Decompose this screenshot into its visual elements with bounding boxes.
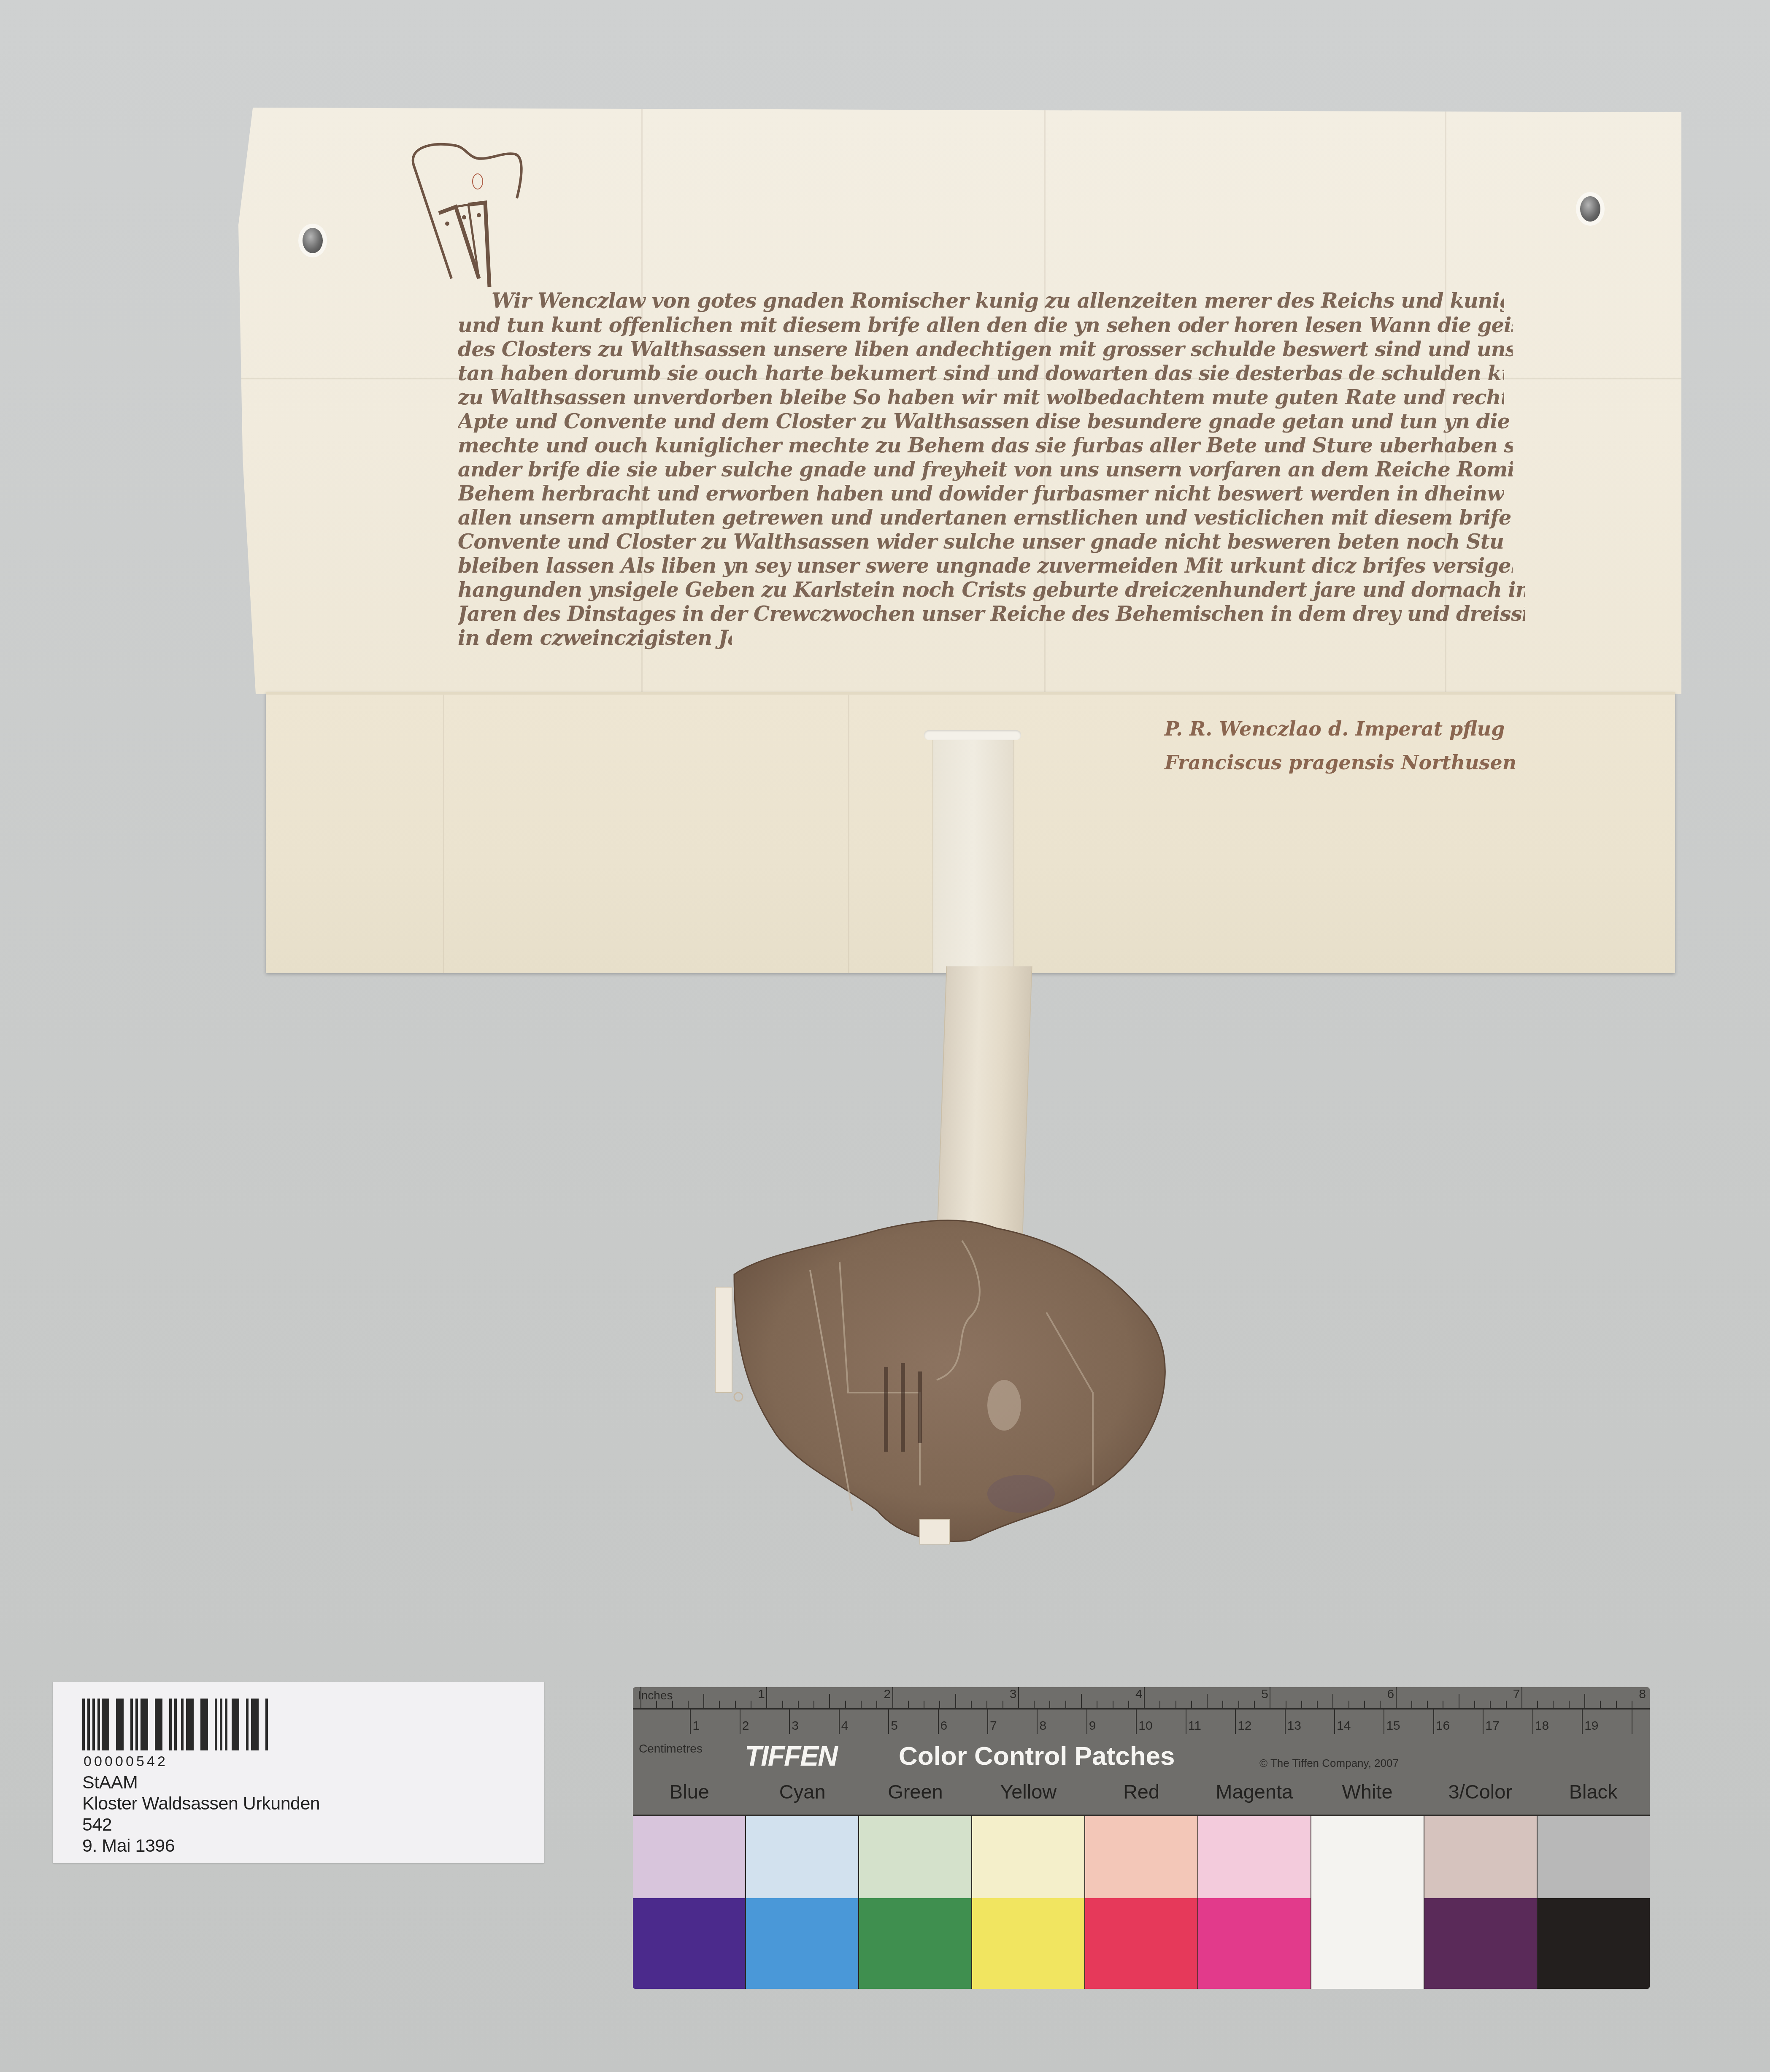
ruler-tick xyxy=(1474,1701,1475,1708)
ruler-tick xyxy=(1334,1710,1335,1734)
inch-tick-label: 6 xyxy=(1387,1687,1394,1701)
barcode-digit: 0 xyxy=(124,1753,135,1770)
ruler-centimetres: 12345678910111213141516171819 xyxy=(633,1710,1650,1735)
ruler-tick xyxy=(1128,1701,1129,1708)
ruler-tick xyxy=(1286,1701,1286,1708)
charter-text-line: Jaren des Dinstages in der Crewczwochen … xyxy=(458,602,1525,626)
color-patch-dark xyxy=(1085,1898,1198,1989)
ruler-tick xyxy=(1411,1701,1412,1708)
patch-name-blue: Blue xyxy=(633,1780,746,1805)
ruler-tick xyxy=(1191,1701,1192,1708)
color-patch-dark xyxy=(972,1898,1085,1989)
ruler-inches: Inches 12345678 xyxy=(633,1687,1650,1710)
wax-seal xyxy=(700,1215,1190,1545)
cm-tick-label: 6 xyxy=(940,1719,948,1733)
fold-line xyxy=(848,695,849,973)
ruler-tick xyxy=(1113,1701,1113,1708)
barcode-digit: 2 xyxy=(156,1753,167,1770)
ruler-tick xyxy=(782,1701,783,1708)
barcode-number: 0 0 0 0 0 5 4 2 xyxy=(82,1753,167,1770)
inch-tick-label: 8 xyxy=(1639,1687,1646,1701)
patch-name-yellow: Yellow xyxy=(972,1780,1085,1805)
ruler-tick xyxy=(1553,1701,1554,1708)
charter-text-line: mechte und ouch kuniglicher mechte zu Be… xyxy=(458,434,1513,457)
color-patch-dark xyxy=(633,1898,746,1989)
color-control-chart: Inches 12345678 123456789101112131415161… xyxy=(633,1687,1650,1989)
ruler-tick xyxy=(719,1701,720,1708)
color-patch-dark xyxy=(859,1898,972,1989)
mounting-pin xyxy=(1580,196,1600,222)
ruler-tick xyxy=(987,1710,988,1734)
ruler-tick xyxy=(1384,1710,1384,1734)
ruler-tick xyxy=(938,1710,939,1734)
ruler-tick xyxy=(1081,1694,1082,1708)
tiffen-logo: TIFFEN xyxy=(745,1740,837,1772)
ruler-tick xyxy=(939,1701,940,1708)
ruler-tick xyxy=(1433,1710,1434,1734)
ruler-tick xyxy=(751,1701,751,1708)
patch-name-white: White xyxy=(1311,1780,1424,1805)
ruler-tick xyxy=(908,1701,909,1708)
charter-text-line: und tun kunt offenlichen mit diesem brif… xyxy=(458,314,1513,337)
decorated-initial-w xyxy=(405,139,549,300)
ruler-tick xyxy=(1521,1687,1522,1708)
centimetres-label: Centimetres xyxy=(639,1742,703,1756)
inch-tick-label: 2 xyxy=(884,1687,891,1701)
ruler-tick xyxy=(1207,1694,1208,1708)
ruler-tick xyxy=(1144,1687,1145,1708)
ruler-tick xyxy=(845,1701,846,1708)
ruler-tick xyxy=(1600,1701,1601,1708)
ruler-tick xyxy=(1003,1701,1003,1708)
barcode-digit: 0 xyxy=(103,1753,114,1770)
ruler-tick xyxy=(1301,1701,1302,1708)
ruler-tick xyxy=(1364,1701,1365,1708)
ruler-tick xyxy=(1332,1694,1333,1708)
ruler-tick xyxy=(1175,1701,1176,1708)
color-patch-light xyxy=(1311,1816,1424,1899)
charter-text-line: zu Walthsassen unverdorben bleibe So hab… xyxy=(458,386,1504,409)
ruler-tick xyxy=(1396,1687,1397,1708)
cm-tick-label: 4 xyxy=(841,1719,849,1733)
ruler-tick xyxy=(1632,1710,1632,1734)
ruler-tick xyxy=(1537,1701,1538,1708)
barcode-digit: 0 xyxy=(82,1753,93,1770)
ruler-tick xyxy=(1186,1710,1186,1734)
ruler-tick xyxy=(672,1701,673,1708)
charter-text-line: tan haben dorumb sie ouch harte bekumert… xyxy=(458,362,1504,385)
cm-tick-label: 10 xyxy=(1138,1719,1152,1733)
color-patch-light xyxy=(1085,1816,1198,1899)
ruler-tick xyxy=(1136,1710,1137,1734)
patch-names: Blue Cyan Green Yellow Red Magenta White… xyxy=(633,1780,1650,1805)
ruler-tick xyxy=(839,1710,840,1734)
cm-tick-label: 7 xyxy=(990,1719,997,1733)
cm-tick-label: 16 xyxy=(1436,1719,1450,1733)
seal-strap xyxy=(932,736,1014,973)
archive-name: StAAM xyxy=(82,1772,138,1793)
ruler-tick xyxy=(829,1694,830,1708)
patch-name-black: Black xyxy=(1537,1780,1650,1805)
cm-tick-label: 2 xyxy=(742,1719,749,1733)
mounting-pin xyxy=(303,228,323,253)
collection-name: Kloster Waldsassen Urkunden xyxy=(82,1793,320,1814)
ruler-tick xyxy=(924,1701,924,1708)
inch-tick-label: 5 xyxy=(1261,1687,1268,1701)
barcode-digit: 0 xyxy=(93,1753,103,1770)
charter-text-line: Apte und Convente und dem Closter zu Wal… xyxy=(458,410,1513,433)
ruler-tick xyxy=(1616,1701,1617,1708)
cm-tick-label: 19 xyxy=(1584,1719,1598,1733)
cm-tick-label: 13 xyxy=(1287,1719,1301,1733)
cm-tick-label: 3 xyxy=(792,1719,799,1733)
chancery-note: Franciscus pragensis Northusen xyxy=(1165,751,1516,774)
document-number: 542 xyxy=(82,1815,112,1835)
ruler-tick xyxy=(888,1710,889,1734)
ruler-tick xyxy=(1483,1710,1484,1734)
color-patch-light xyxy=(1198,1816,1311,1899)
ruler-tick xyxy=(1285,1710,1286,1734)
patch-name-cyan: Cyan xyxy=(746,1780,859,1805)
ruler-tick xyxy=(1086,1710,1087,1734)
ruler-tick xyxy=(1097,1701,1097,1708)
ruler-tick xyxy=(656,1701,657,1708)
ruler-tick xyxy=(789,1710,790,1734)
ruler-tick xyxy=(1427,1701,1428,1708)
chancery-note: P. R. Wenczlao d. Imperat pflug xyxy=(1165,717,1505,740)
ruler-tick xyxy=(1443,1701,1443,1708)
ruler-tick xyxy=(735,1701,736,1708)
ruler-tick xyxy=(1034,1701,1035,1708)
inch-tick-label: 1 xyxy=(758,1687,765,1701)
ruler-tick xyxy=(1238,1701,1239,1708)
ruler-tick xyxy=(798,1701,799,1708)
color-patch-light xyxy=(1424,1816,1538,1899)
patch-name-magenta: Magenta xyxy=(1198,1780,1311,1805)
chart-copyright: © The Tiffen Company, 2007 xyxy=(1259,1757,1399,1770)
ruler-tick xyxy=(1159,1701,1160,1708)
ruler-tick xyxy=(1317,1701,1318,1708)
fold-line xyxy=(443,695,444,973)
ruler-tick xyxy=(1235,1710,1236,1734)
ruler-tick xyxy=(1348,1701,1349,1708)
patches-dark-row xyxy=(633,1898,1650,1989)
ruler-tick xyxy=(813,1701,814,1708)
ruler-tick xyxy=(1018,1687,1019,1708)
ruler-tick xyxy=(971,1701,972,1708)
patches-light-row xyxy=(633,1815,1650,1899)
barcode xyxy=(82,1699,268,1750)
ruler-tick xyxy=(1380,1701,1381,1708)
cm-tick-label: 12 xyxy=(1238,1719,1251,1733)
color-patch-dark xyxy=(746,1898,859,1989)
ruler-tick xyxy=(1254,1701,1255,1708)
barcode-digit: 0 xyxy=(114,1753,124,1770)
color-patch-light xyxy=(1538,1816,1650,1899)
ruler-tick xyxy=(766,1687,767,1708)
ruler-tick xyxy=(1065,1701,1066,1708)
inch-tick-label: 7 xyxy=(1513,1687,1520,1701)
patch-name-red: Red xyxy=(1085,1780,1198,1805)
color-patch-light xyxy=(633,1816,746,1899)
ruler-tick xyxy=(703,1694,704,1708)
cm-tick-label: 18 xyxy=(1535,1719,1549,1733)
color-patch-dark xyxy=(1311,1898,1424,1989)
ruler-tick xyxy=(1632,1701,1632,1708)
ruler-tick xyxy=(1459,1694,1459,1708)
ruler-tick xyxy=(1569,1701,1570,1708)
charter-text-line: des Closters zu Walthsassen unsere liben… xyxy=(458,338,1513,361)
inch-tick-label: 4 xyxy=(1135,1687,1143,1701)
ruler-tick xyxy=(1222,1701,1223,1708)
document-date: 9. Mai 1396 xyxy=(82,1836,175,1856)
ruler-tick xyxy=(1506,1701,1507,1708)
charter-text-line: Behem herbracht und erworben haben und d… xyxy=(458,482,1504,506)
strap-end xyxy=(920,1519,949,1545)
patch-name-3color: 3/Color xyxy=(1424,1780,1537,1805)
color-patch-dark xyxy=(1538,1898,1650,1989)
cm-tick-label: 11 xyxy=(1188,1719,1201,1733)
ruler-tick xyxy=(1270,1687,1270,1708)
cm-tick-label: 5 xyxy=(891,1719,898,1733)
ruler-tick xyxy=(690,1710,691,1734)
ruler-tick xyxy=(1584,1694,1585,1708)
ruler-tick xyxy=(986,1701,987,1708)
ruler-tick xyxy=(1532,1710,1533,1734)
strap-end xyxy=(715,1287,732,1393)
ruler-tick xyxy=(861,1701,862,1708)
inch-tick-label: 3 xyxy=(1010,1687,1017,1701)
ruler-tick xyxy=(1582,1710,1583,1734)
color-patch-light xyxy=(972,1816,1085,1899)
color-patch-dark xyxy=(1424,1898,1538,1989)
patch-name-green: Green xyxy=(859,1780,972,1805)
chart-title: Color Control Patches xyxy=(899,1741,1175,1771)
color-patch-light xyxy=(859,1816,972,1899)
strap-slot xyxy=(924,730,1021,740)
ruler-tick xyxy=(688,1701,689,1708)
ruler-tick xyxy=(640,1687,641,1708)
barcode-digit: 5 xyxy=(135,1753,146,1770)
color-patch-dark xyxy=(1198,1898,1311,1989)
inches-label: Inches xyxy=(638,1689,673,1702)
color-patch-light xyxy=(746,1816,859,1899)
cm-tick-label: 14 xyxy=(1337,1719,1351,1733)
ruler-tick xyxy=(1490,1701,1491,1708)
charter-text-line: ander brife die sie uber sulche gnade un… xyxy=(458,458,1513,481)
ruler-tick xyxy=(1037,1710,1038,1734)
cm-tick-label: 17 xyxy=(1485,1719,1499,1733)
charter-text-line: bleiben lassen Als liben yn sey unser sw… xyxy=(458,554,1513,578)
charter-text-line: Convente und Closter zu Walthsassen wide… xyxy=(458,530,1504,554)
charter-text-line: allen unsern amptluten getrewen und unde… xyxy=(458,506,1513,530)
charter-text-line: Wir Wenczlaw von gotes gnaden Romischer … xyxy=(492,289,1504,313)
barcode-digit: 4 xyxy=(146,1753,156,1770)
cm-tick-label: 8 xyxy=(1039,1719,1046,1733)
charter-text-line: in dem czweinczigisten Jaren . xyxy=(458,626,732,650)
cm-tick-label: 9 xyxy=(1089,1719,1096,1733)
cm-tick-label: 1 xyxy=(692,1719,700,1733)
ruler-tick xyxy=(892,1687,893,1708)
cm-tick-label: 15 xyxy=(1386,1719,1400,1733)
archive-label: 0 0 0 0 0 5 4 2 StAAM Kloster Waldsassen… xyxy=(53,1682,544,1863)
ruler-tick xyxy=(955,1694,956,1708)
ruler-tick xyxy=(740,1710,740,1734)
ruler-tick xyxy=(1049,1701,1050,1708)
charter-text-line: hangunden ynsigele Geben zu Karlstein no… xyxy=(458,578,1525,602)
ruler-tick xyxy=(876,1701,877,1708)
